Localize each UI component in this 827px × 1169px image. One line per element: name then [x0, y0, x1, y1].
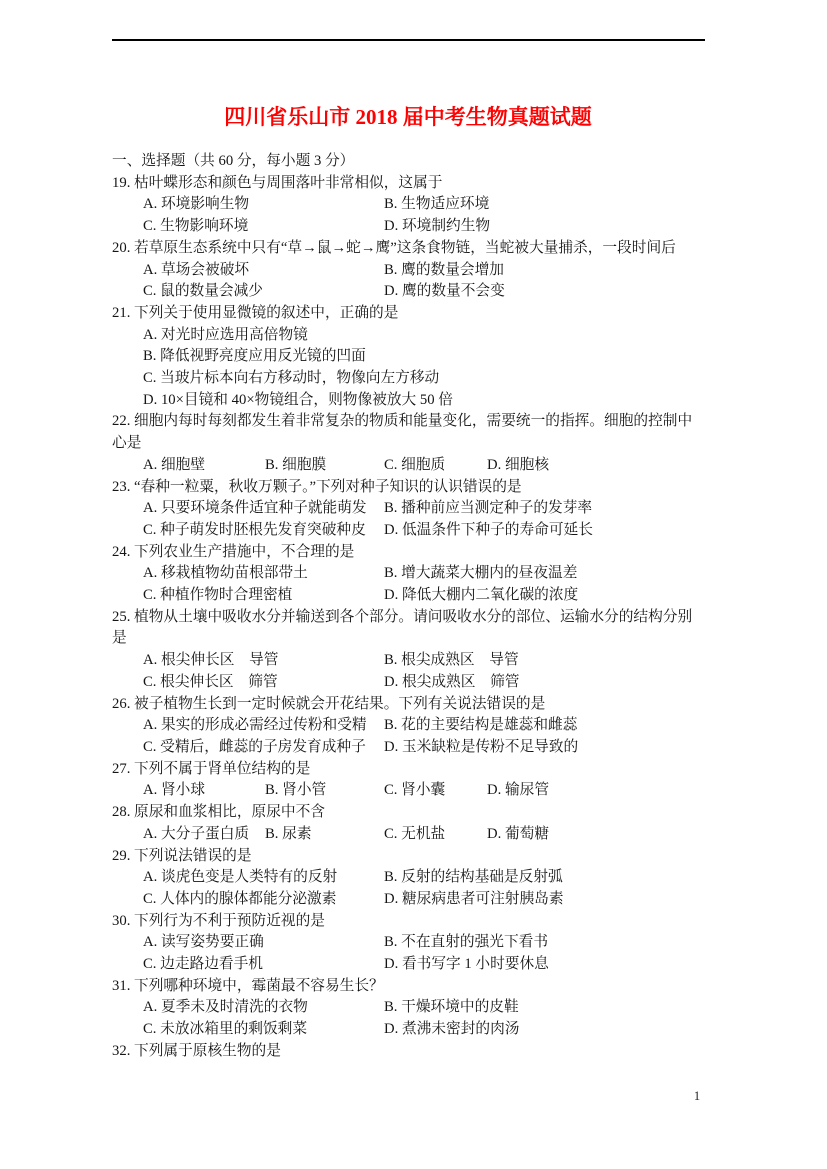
option-c: C. 细胞质 — [384, 455, 487, 477]
section-heading: 一、选择题（共 60 分，每小题 3 分） — [112, 151, 704, 173]
option-c: C. 鼠的数量会减少 — [143, 281, 384, 303]
option-d: D. 葡萄糖 — [487, 824, 704, 846]
question-27: 27. 下列不属于肾单位结构的是 A. 肾小球 B. 肾小管 C. 肾小囊 D.… — [112, 759, 704, 802]
option-a: A. 大分子蛋白质 — [143, 824, 265, 846]
option-d: D. 根尖成熟区 筛管 — [384, 672, 704, 694]
document-body: 四川省乐山市 2018 届中考生物真题试题 一、选择题（共 60 分，每小题 3… — [112, 104, 704, 1063]
option-row: A. 大分子蛋白质 B. 尿素 C. 无机盐 D. 葡萄糖 — [112, 824, 704, 846]
option-b: B. 反射的结构基础是反射弧 — [384, 867, 704, 889]
option-d: D. 降低大棚内二氧化碳的浓度 — [384, 585, 704, 607]
option-b: B. 增大蔬菜大棚内的昼夜温差 — [384, 563, 704, 585]
question-stem: 31. 下列哪种环境中，霉菌最不容易生长？ — [112, 976, 704, 998]
option-a: A. 环境影响生物 — [143, 194, 384, 216]
option-c: C. 受精后，雌蕊的子房发育成种子 — [143, 737, 384, 759]
question-stem: 26. 被子植物生长到一定时候就会开花结果。下列有关说法错误的是 — [112, 694, 704, 716]
option-a: A. 对光时应选用高倍物镜 — [143, 325, 704, 347]
option-b: B. 尿素 — [265, 824, 384, 846]
option-d: D. 10×目镜和 40×物镜组合，则物像被放大 50 倍 — [143, 390, 704, 412]
option-row: C. 人体内的腺体都能分泌激素 D. 糖尿病患者可注射胰岛素 — [112, 889, 704, 911]
page-number: 1 — [689, 1088, 705, 1104]
option-row: A. 果实的形成必需经过传粉和受精 B. 花的主要结构是雄蕊和雌蕊 — [112, 715, 704, 737]
option-a: A. 夏季未及时清洗的衣物 — [143, 997, 384, 1019]
option-row: C. 当玻片标本向右方移动时，物像向左方移动 — [112, 368, 704, 390]
option-b: B. 根尖成熟区 导管 — [384, 650, 704, 672]
option-d: D. 低温条件下种子的寿命可延长 — [384, 520, 704, 542]
option-c: C. 种子萌发时胚根先发育突破种皮 — [143, 520, 384, 542]
option-c: C. 当玻片标本向右方移动时，物像向左方移动 — [143, 368, 704, 390]
option-d: D. 鹰的数量不会变 — [384, 281, 704, 303]
option-c: C. 肾小囊 — [384, 780, 487, 802]
option-row: C. 种植作物时合理密植 D. 降低大棚内二氧化碳的浓度 — [112, 585, 704, 607]
option-c: C. 种植作物时合理密植 — [143, 585, 384, 607]
question-stem: 28. 原尿和血浆相比，原尿中不含 — [112, 802, 704, 824]
question-stem: 25. 植物从土壤中吸收水分并输送到各个部分。请问吸收水分的部位、运输水分的结构… — [112, 607, 704, 650]
option-row: A. 读写姿势要正确 B. 不在直射的强光下看书 — [112, 932, 704, 954]
option-row: C. 鼠的数量会减少 D. 鹰的数量不会变 — [112, 281, 704, 303]
option-d: D. 煮沸未密封的肉汤 — [384, 1019, 704, 1041]
question-stem: 23. “春种一粒粟，秋收万颗子。”下列对种子知识的认识错误的是 — [112, 477, 704, 499]
option-c: C. 人体内的腺体都能分泌激素 — [143, 889, 384, 911]
question-stem: 20. 若草原生态系统中只有“草→鼠→蛇→鹰”这条食物链，当蛇被大量捕杀，一段时… — [112, 238, 704, 260]
question-23: 23. “春种一粒粟，秋收万颗子。”下列对种子知识的认识错误的是 A. 只要环境… — [112, 477, 704, 542]
option-a: A. 只要环境条件适宜种子就能萌发 — [143, 498, 384, 520]
option-row: A. 移栽植物幼苗根部带土 B. 增大蔬菜大棚内的昼夜温差 — [112, 563, 704, 585]
option-row: C. 生物影响环境 D. 环境制约生物 — [112, 216, 704, 238]
option-row: C. 根尖伸长区 筛管 D. 根尖成熟区 筛管 — [112, 672, 704, 694]
option-d: D. 看书写字 1 小时要休息 — [384, 954, 704, 976]
exam-document-page: 四川省乐山市 2018 届中考生物真题试题 一、选择题（共 60 分，每小题 3… — [0, 0, 827, 1169]
option-a: A. 读写姿势要正确 — [143, 932, 384, 954]
option-row: A. 根尖伸长区 导管 B. 根尖成熟区 导管 — [112, 650, 704, 672]
option-row: B. 降低视野亮度应用反光镜的凹面 — [112, 346, 704, 368]
option-a: A. 移栽植物幼苗根部带土 — [143, 563, 384, 585]
option-a: A. 根尖伸长区 导管 — [143, 650, 384, 672]
option-d: D. 输尿管 — [487, 780, 704, 802]
question-29: 29. 下列说法错误的是 A. 谈虎色变是人类特有的反射 B. 反射的结构基础是… — [112, 846, 704, 911]
option-b: B. 鹰的数量会增加 — [384, 260, 704, 282]
question-stem: 21. 下列关于使用显微镜的叙述中，正确的是 — [112, 303, 704, 325]
option-b: B. 细胞膜 — [265, 455, 384, 477]
question-stem: 22. 细胞内每时每刻都发生着非常复杂的物质和能量变化，需要统一的指挥。细胞的控… — [112, 411, 704, 454]
question-20: 20. 若草原生态系统中只有“草→鼠→蛇→鹰”这条食物链，当蛇被大量捕杀，一段时… — [112, 238, 704, 303]
question-stem: 27. 下列不属于肾单位结构的是 — [112, 759, 704, 781]
option-c: C. 未放冰箱里的剩饭剩菜 — [143, 1019, 384, 1041]
question-26: 26. 被子植物生长到一定时候就会开花结果。下列有关说法错误的是 A. 果实的形… — [112, 694, 704, 759]
option-a: A. 草场会被破坏 — [143, 260, 384, 282]
option-d: D. 细胞核 — [487, 455, 704, 477]
option-b: B. 不在直射的强光下看书 — [384, 932, 704, 954]
question-stem: 32. 下列属于原核生物的是 — [112, 1041, 704, 1063]
option-row: A. 细胞壁 B. 细胞膜 C. 细胞质 D. 细胞核 — [112, 455, 704, 477]
question-32: 32. 下列属于原核生物的是 — [112, 1041, 704, 1063]
option-a: A. 肾小球 — [143, 780, 265, 802]
option-a: A. 细胞壁 — [143, 455, 265, 477]
option-row: A. 草场会被破坏 B. 鹰的数量会增加 — [112, 260, 704, 282]
option-d: D. 玉米缺粒是传粉不足导致的 — [384, 737, 704, 759]
question-31: 31. 下列哪种环境中，霉菌最不容易生长？ A. 夏季未及时清洗的衣物 B. 干… — [112, 976, 704, 1041]
option-c: C. 边走路边看手机 — [143, 954, 384, 976]
question-stem: 19. 枯叶蝶形态和颜色与周围落叶非常相似，这属于 — [112, 173, 704, 195]
option-b: B. 花的主要结构是雄蕊和雌蕊 — [384, 715, 704, 737]
option-c: C. 无机盐 — [384, 824, 487, 846]
option-row: A. 只要环境条件适宜种子就能萌发 B. 播种前应当测定种子的发芽率 — [112, 498, 704, 520]
option-b: B. 降低视野亮度应用反光镜的凹面 — [143, 346, 704, 368]
question-21: 21. 下列关于使用显微镜的叙述中，正确的是 A. 对光时应选用高倍物镜 B. … — [112, 303, 704, 412]
option-row: C. 边走路边看手机 D. 看书写字 1 小时要休息 — [112, 954, 704, 976]
option-c: C. 根尖伸长区 筛管 — [143, 672, 384, 694]
question-stem: 30. 下列行为不利于预防近视的是 — [112, 911, 704, 933]
option-row: A. 对光时应选用高倍物镜 — [112, 325, 704, 347]
question-stem: 29. 下列说法错误的是 — [112, 846, 704, 868]
document-title: 四川省乐山市 2018 届中考生物真题试题 — [112, 104, 704, 130]
option-b: B. 生物适应环境 — [384, 194, 704, 216]
option-row: C. 未放冰箱里的剩饭剩菜 D. 煮沸未密封的肉汤 — [112, 1019, 704, 1041]
question-28: 28. 原尿和血浆相比，原尿中不含 A. 大分子蛋白质 B. 尿素 C. 无机盐… — [112, 802, 704, 845]
option-b: B. 干燥环境中的皮鞋 — [384, 997, 704, 1019]
option-b: B. 播种前应当测定种子的发芽率 — [384, 498, 704, 520]
question-24: 24. 下列农业生产措施中，不合理的是 A. 移栽植物幼苗根部带土 B. 增大蔬… — [112, 542, 704, 607]
question-25: 25. 植物从土壤中吸收水分并输送到各个部分。请问吸收水分的部位、运输水分的结构… — [112, 607, 704, 694]
question-19: 19. 枯叶蝶形态和颜色与周围落叶非常相似，这属于 A. 环境影响生物 B. 生… — [112, 173, 704, 238]
option-a: A. 谈虎色变是人类特有的反射 — [143, 867, 384, 889]
option-c: C. 生物影响环境 — [143, 216, 384, 238]
option-a: A. 果实的形成必需经过传粉和受精 — [143, 715, 384, 737]
option-row: D. 10×目镜和 40×物镜组合，则物像被放大 50 倍 — [112, 390, 704, 412]
question-30: 30. 下列行为不利于预防近视的是 A. 读写姿势要正确 B. 不在直射的强光下… — [112, 911, 704, 976]
option-row: C. 种子萌发时胚根先发育突破种皮 D. 低温条件下种子的寿命可延长 — [112, 520, 704, 542]
option-d: D. 糖尿病患者可注射胰岛素 — [384, 889, 704, 911]
option-row: A. 环境影响生物 B. 生物适应环境 — [112, 194, 704, 216]
header-divider — [112, 39, 705, 41]
option-row: C. 受精后，雌蕊的子房发育成种子 D. 玉米缺粒是传粉不足导致的 — [112, 737, 704, 759]
option-row: A. 谈虎色变是人类特有的反射 B. 反射的结构基础是反射弧 — [112, 867, 704, 889]
option-b: B. 肾小管 — [265, 780, 384, 802]
question-stem: 24. 下列农业生产措施中，不合理的是 — [112, 542, 704, 564]
question-22: 22. 细胞内每时每刻都发生着非常复杂的物质和能量变化，需要统一的指挥。细胞的控… — [112, 411, 704, 476]
option-row: A. 夏季未及时清洗的衣物 B. 干燥环境中的皮鞋 — [112, 997, 704, 1019]
option-row: A. 肾小球 B. 肾小管 C. 肾小囊 D. 输尿管 — [112, 780, 704, 802]
option-d: D. 环境制约生物 — [384, 216, 704, 238]
